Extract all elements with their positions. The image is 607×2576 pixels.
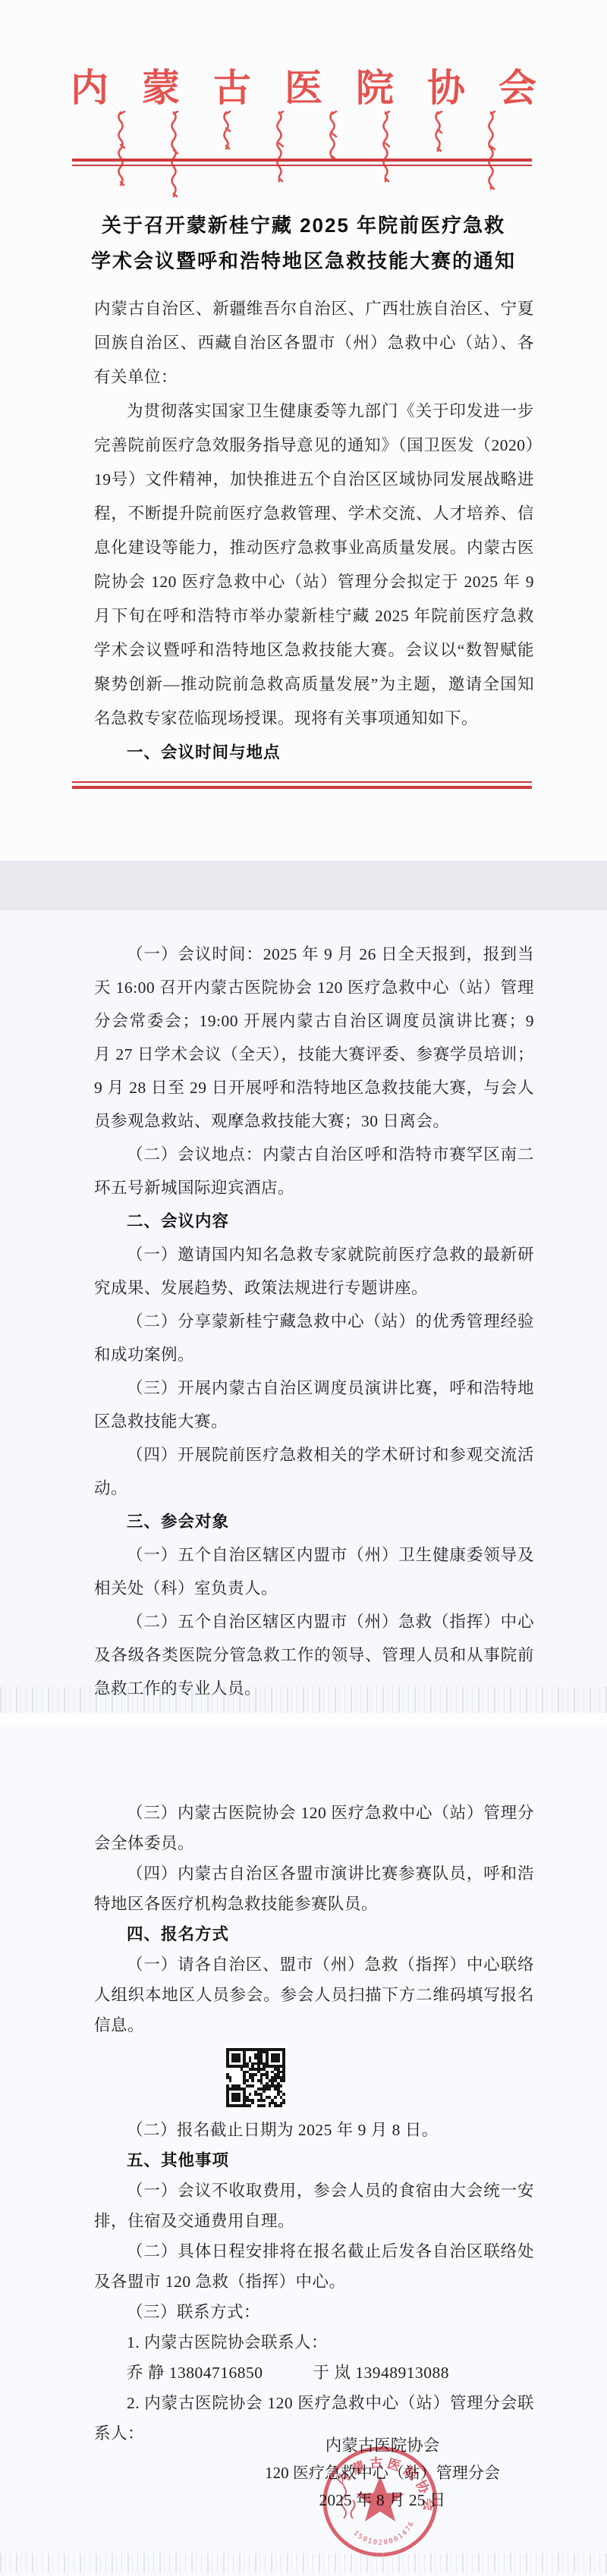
footer-divider-line	[72, 781, 532, 789]
page3-body: （三）内蒙古医院协会 120 医疗急救中心（站）管理分会全体委员。 （四）内蒙古…	[94, 1798, 534, 2449]
contact1-people: 乔 静 13804716850 于 岚 13948913088	[94, 2358, 534, 2388]
section-heading-5: 五、其他事项	[94, 2145, 534, 2175]
page2-body: （一）会议时间：2025 年 9 月 26 日全天报到，报到当天 16:00 召…	[94, 938, 534, 1705]
scan-artifact-band	[0, 1687, 607, 1713]
section-heading-3: 三、参会对象	[94, 1505, 534, 1538]
letterhead-org-name: 内蒙古医院协会	[0, 58, 607, 112]
attendee-item: （三）内蒙古医院协会 120 医疗急救中心（站）管理分会全体委员。	[94, 1798, 534, 1858]
attendee-item: （一）五个自治区辖区内盟市（州）卫生健康委领导及相关处（科）室负责人。	[94, 1538, 534, 1605]
signer-org-line1: 内蒙古医院协会	[241, 2432, 524, 2459]
mongolian-glyph	[432, 111, 443, 152]
mongolian-glyph	[327, 111, 338, 161]
other-item: （三）联系方式：	[94, 2297, 534, 2327]
page1-body: 内蒙古自治区、新疆维吾尔自治区、广西壮族自治区、宁夏回族自治区、西藏自治区各盟市…	[94, 292, 534, 770]
document-title-line1: 关于召开蒙新桂宁藏 2025 年院前医疗急救	[0, 208, 607, 243]
sign-date: 2025 年 8 月 25 日	[241, 2486, 524, 2514]
meeting-place-paragraph: （二）会议地点：内蒙古自治区呼和浩特市赛罕区南二环五号新城国际迎宾酒店。	[94, 1138, 534, 1205]
salutation: 内蒙古自治区、新疆维吾尔自治区、广西壮族自治区、宁夏回族自治区、西藏自治区各盟市…	[94, 292, 534, 394]
mongolian-glyph	[274, 111, 285, 183]
page-1: 内蒙古医院协会 关于召开蒙新桂宁藏 2025 年院前医疗急救 学术会议暨呼和浩特…	[0, 0, 607, 861]
qr-code	[225, 2047, 287, 2109]
contact1-label: 1. 内蒙古医院协会联系人：	[94, 2327, 534, 2358]
signature-block: 内蒙古医院协会 120 医疗急救中心（站）管理分会 2025 年 8 月 25 …	[241, 2432, 524, 2514]
intro-paragraph: 为贯彻落实国家卫生健康委等九部门《关于印发进一步完善院前医疗急效服务指导意见的通…	[94, 394, 534, 736]
attendee-item: （四）内蒙古自治区各盟市演讲比赛参赛队员，呼和浩特地区各医疗机构急救技能参赛队员…	[94, 1858, 534, 1919]
content-item: （四）开展院前医疗急救相关的学术研讨和参观交流活动。	[94, 1438, 534, 1505]
content-item: （二）分享蒙新桂宁藏急救中心（站）的优秀管理经验和成功案例。	[94, 1305, 534, 1371]
section-heading-2: 二、会议内容	[94, 1205, 534, 1238]
page-gap	[0, 861, 607, 910]
deadline-paragraph: （二）报名截止日期为 2025 年 9 月 8 日。	[94, 2115, 534, 2145]
content-item: （三）开展内蒙古自治区调度员演讲比赛，呼和浩特地区急救技能大赛。	[94, 1371, 534, 1438]
mongolian-glyph	[115, 111, 126, 187]
mongolian-glyph	[168, 111, 179, 198]
mongolian-script	[115, 111, 496, 198]
other-item: （二）具体日程安排将在报名截止后发各自治区联络处及各盟市 120 急救（指挥）中…	[94, 2236, 534, 2297]
document-title-line2: 学术会议暨呼和浩特地区急救技能大赛的通知	[0, 243, 607, 279]
scanned-notice-document: 内蒙古医院协会 关于召开蒙新桂宁藏 2025 年院前医疗急救 学术会议暨呼和浩特…	[0, 0, 607, 2576]
meeting-time-paragraph: （一）会议时间：2025 年 9 月 26 日全天报到，报到当天 16:00 召…	[94, 938, 534, 1138]
letterhead-divider-line	[72, 159, 532, 166]
content-item: （一）邀请国内知名急救专家就院前医疗急救的最新研究成果、发展趋势、政策法规进行专…	[94, 1238, 534, 1305]
mongolian-glyph	[380, 111, 391, 183]
mongolian-glyph	[486, 111, 496, 190]
page-3: （三）内蒙古医院协会 120 医疗急救中心（站）管理分会全体委员。 （四）内蒙古…	[0, 1726, 607, 2576]
other-item: （一）会议不收取费用，参会人员的食宿由大会统一安排，住宿及交通费用自理。	[94, 2175, 534, 2236]
mongolian-glyph	[221, 111, 231, 150]
section-heading-4: 四、报名方式	[94, 1919, 534, 1949]
section-heading-1: 一、会议时间与地点	[94, 736, 534, 770]
signer-org-line2: 120 医疗急救中心（站）管理分会	[241, 2459, 524, 2486]
document-title: 关于召开蒙新桂宁藏 2025 年院前医疗急救 学术会议暨呼和浩特地区急救技能大赛…	[0, 208, 607, 279]
signup-paragraph: （一）请各自治区、盟市（州）急救（指挥）中心联络人组织本地区人员参会。参会人员扫…	[94, 1949, 534, 2040]
page-2: （一）会议时间：2025 年 9 月 26 日全天报到，报到当天 16:00 召…	[0, 910, 607, 1713]
scan-artifact-band	[0, 2553, 607, 2573]
